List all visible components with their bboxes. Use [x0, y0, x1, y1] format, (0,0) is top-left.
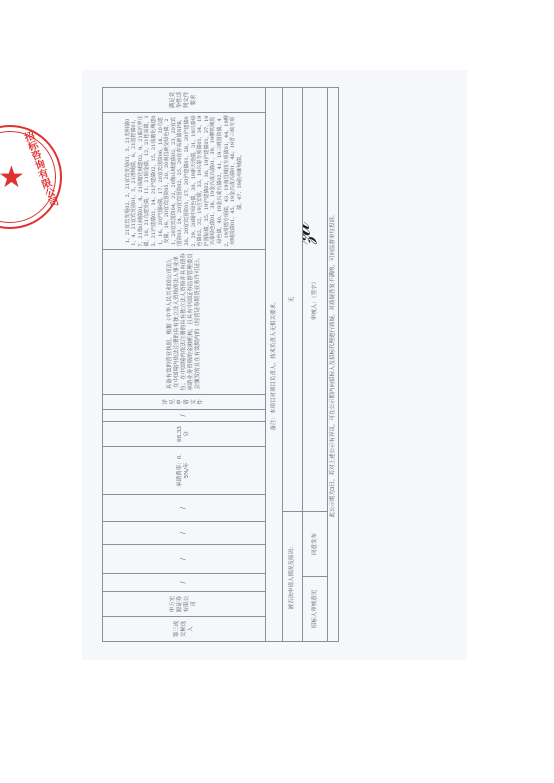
result-document: 第三成交候选人 申万宏源证券有限公司 / / / / 承销费率：0.5%/年 6… — [102, 88, 352, 642]
cell-empty: / — [103, 545, 266, 574]
conclusion: 满足竞争性谈判文件要求 — [103, 88, 266, 113]
footer-table: 备注：本项目对项目负责人、技术负责人无相关要求。 被否决申请人情况及原因： 无 … — [265, 87, 339, 642]
notice-text: 此公示期为3日，若对上述公示有异议，可在公示期内向招标人及招标代理进行质疑，对质… — [328, 87, 339, 641]
candidate-company: 申万宏源证券有限公司 — [103, 592, 266, 617]
cell-empty: / — [103, 495, 266, 522]
underwriting-fee: 承销费率：0.5%/年 — [103, 447, 266, 495]
remarks-row: 备注：本项目对项目负责人、技术负责人无相关要求。 — [266, 87, 283, 641]
remarks-text: 本项目对项目负责人、技术负责人无相关要求。 — [271, 298, 277, 414]
review-opinion: 同意发布 — [303, 512, 328, 577]
review-row: 招标人审核意见 同意发布 审核人：（签字） 𝓏𝒶 — [303, 87, 328, 641]
star-icon: ★ — [0, 163, 25, 193]
performance-list: 1、21宜宾发展02，2、21宜宾发展03，3、21光明债01，4、21宜宾发展… — [103, 113, 266, 250]
review-label: 招标人审核意见 — [303, 577, 328, 642]
qualification-text: 具备有效的营业执照，根据《中华人民共和国公司法》，在中国境内依法注册的具有独立法… — [103, 250, 266, 395]
application-docs: 详见申请文件 — [103, 395, 266, 410]
rejected-value: 无 — [283, 87, 303, 511]
notice-row: 此公示期为3日，若对上述公示有异议，可在公示期内向招标人及招标代理进行质疑，对质… — [328, 87, 339, 641]
signer-label: 审核人：（签字） — [312, 279, 318, 320]
candidate-table: 第三成交候选人 申万宏源证券有限公司 / / / / 承销费率：0.5%/年 6… — [102, 87, 266, 642]
rejected-row: 被否决申请人情况及原因： 无 — [283, 87, 303, 641]
cell-empty: / — [103, 522, 266, 545]
cell-empty: / — [103, 410, 266, 422]
cell-empty: / — [103, 574, 266, 592]
rejected-label: 被否决申请人情况及原因： — [283, 512, 303, 642]
company-seal: ★ 招标咨询有限公司 — [0, 125, 62, 229]
remarks-label: 备注： — [271, 414, 277, 431]
candidate-rank: 第三成交候选人 — [103, 617, 266, 642]
handwritten-signature: 𝓏𝒶 — [303, 225, 308, 246]
table-row: 第三成交候选人 申万宏源证券有限公司 / / / / 承销费率：0.5%/年 6… — [103, 88, 266, 642]
score: 68.33分 — [103, 422, 266, 447]
